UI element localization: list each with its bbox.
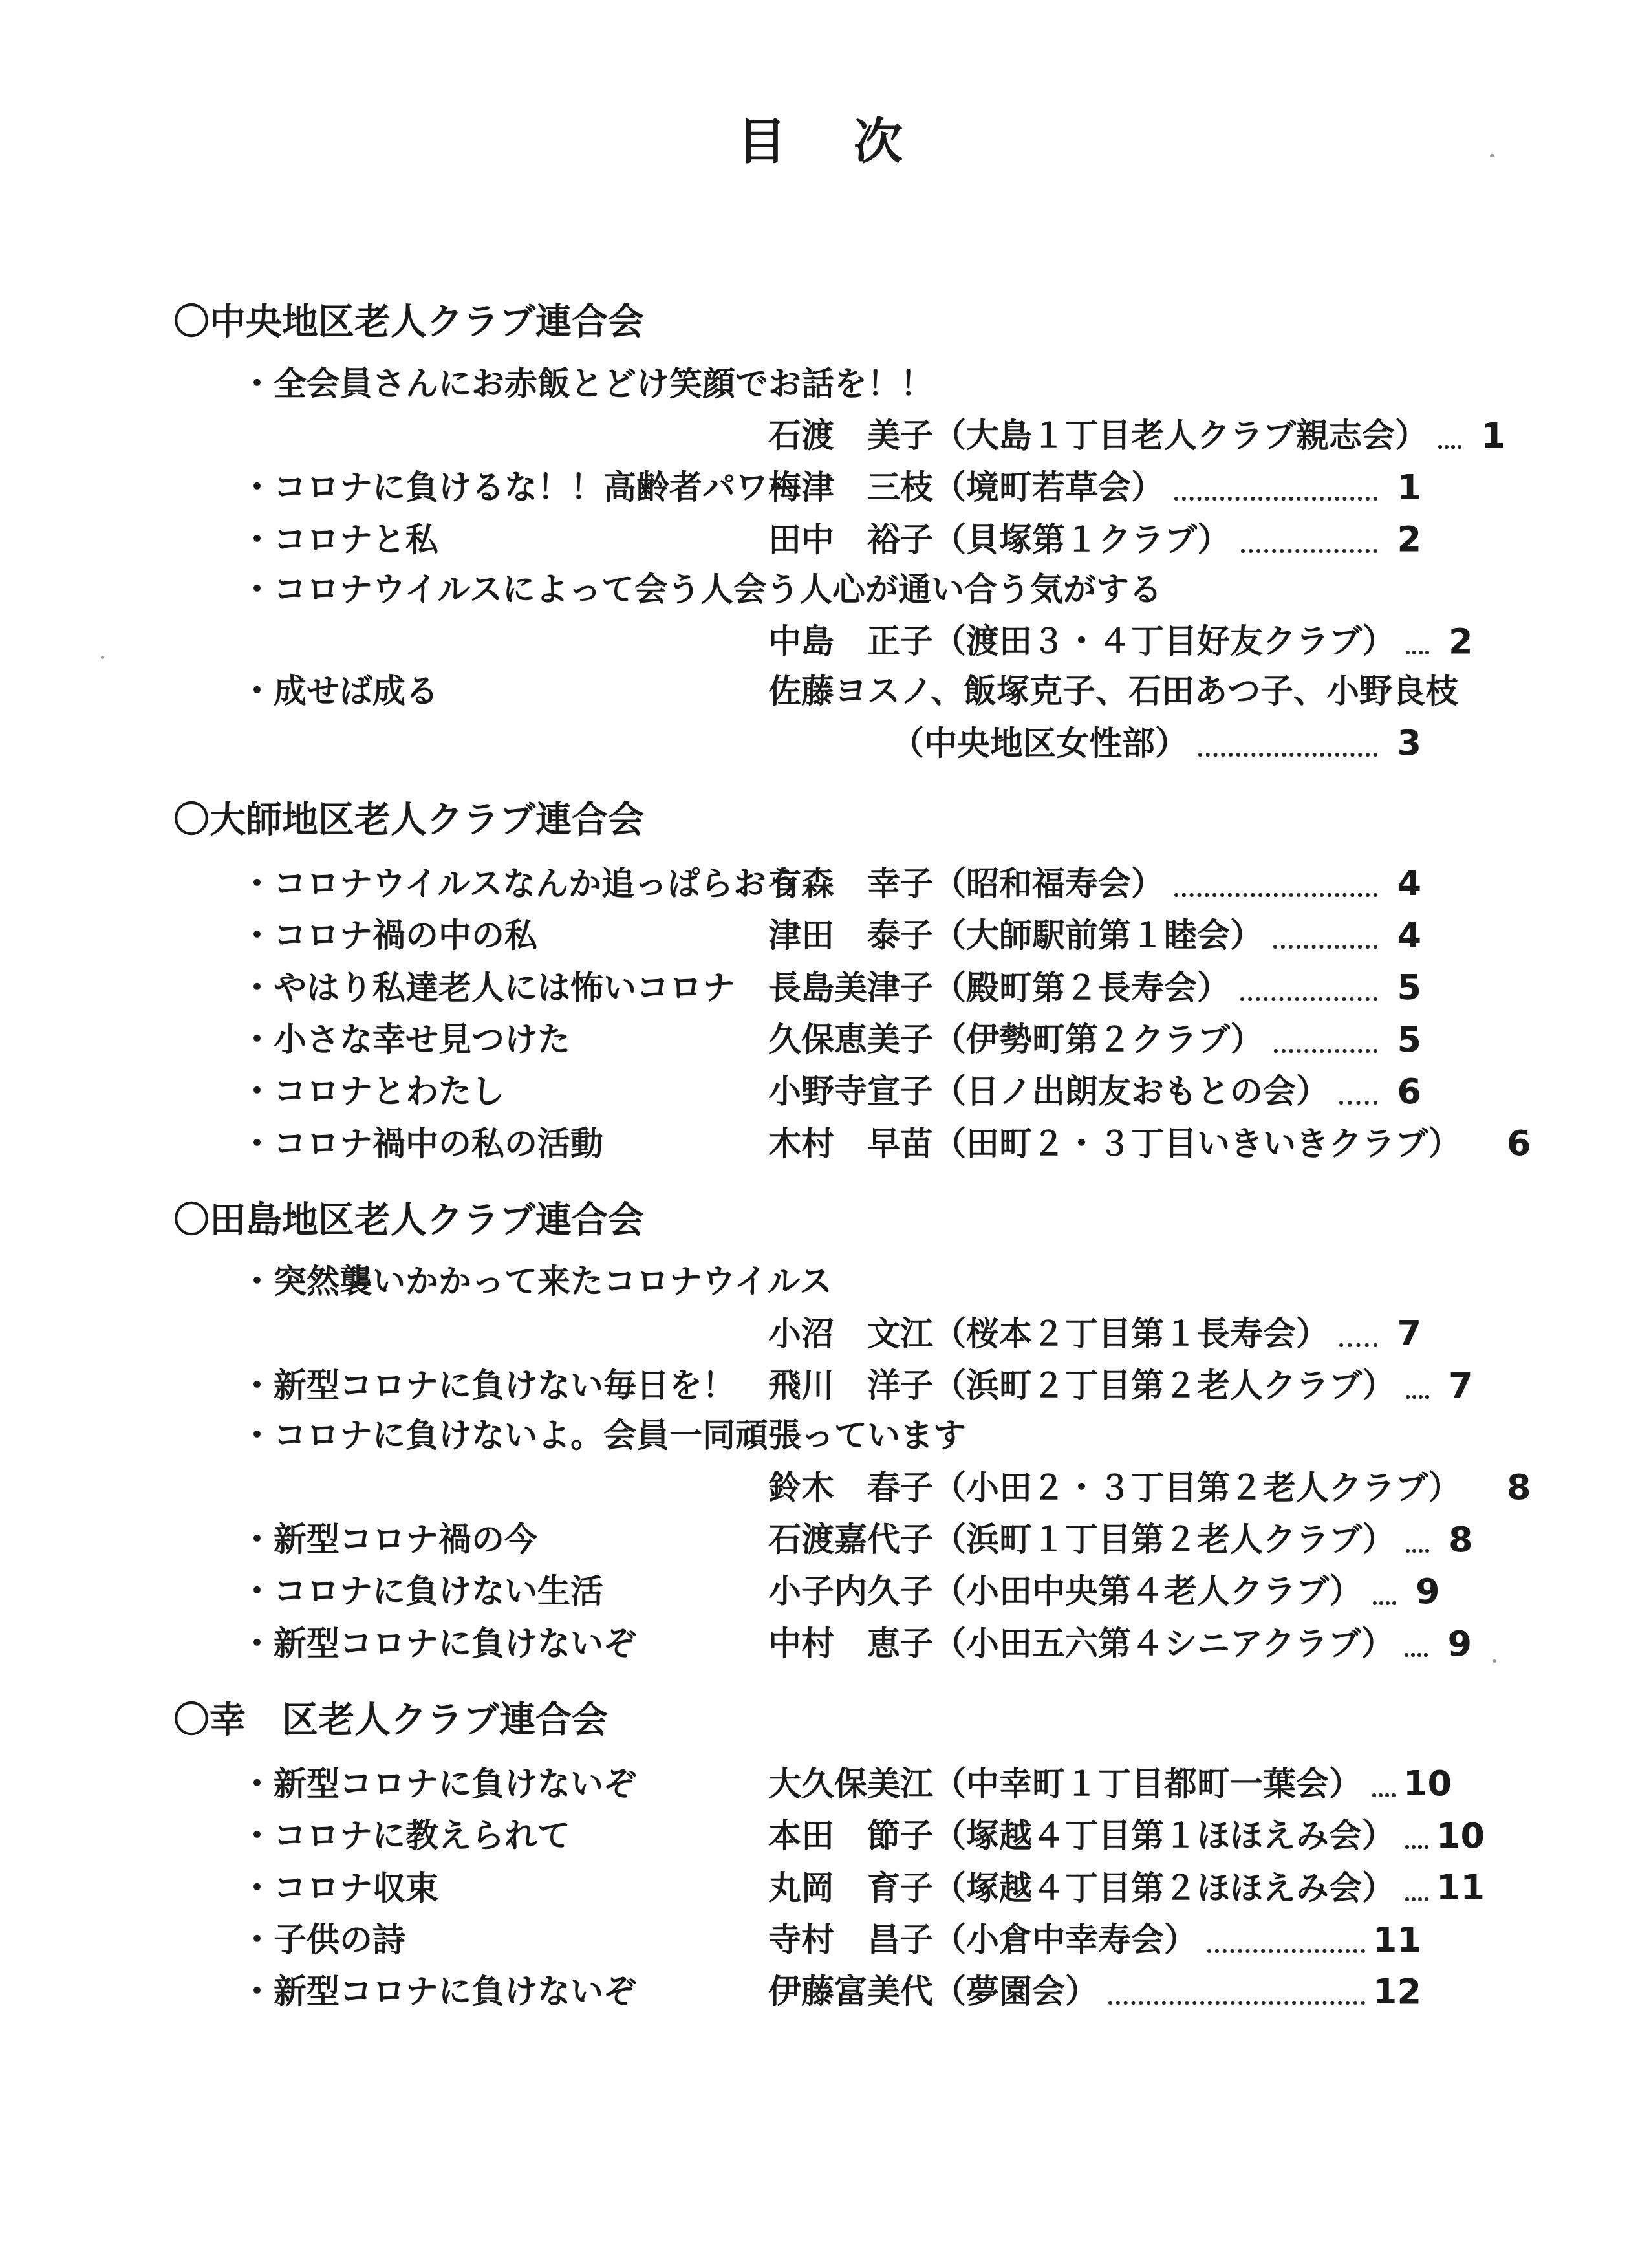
entry-title: ・コロナ収束 [241,1871,768,1907]
page-title: 目 次 [0,0,1649,173]
section-header: 〇大師地区老人クラブ連合会 [173,800,1421,840]
dot-leader [1273,944,1377,949]
toc-section: 〇大師地区老人クラブ連合会・コロナウイルスなんか追っぱらおう有森 幸子（昭和福寿… [173,800,1421,1163]
entry-author: 寺村 昌子（小倉中幸寿会） [768,1923,1197,1959]
entry-title: ・コロナに負けないよ。会員一同頑張っています [241,1418,1421,1454]
scan-speck [101,656,104,659]
toc-row: ・コロナ禍中の私の活動木村 早苗（田町２・３丁目いきいきクラブ）6 [173,1124,1421,1162]
dot-leader [1406,650,1429,654]
toc-section: 〇田島地区老人クラブ連合会・突然襲いかかって来たコロナウイルス小沼 文江（桜本２… [173,1200,1421,1663]
entry-title: ・コロナに教えられて [241,1819,768,1855]
entry-title: ・コロナに負けるな！！高齢者パワー [241,470,768,506]
entry-title: ・小さな幸せ見つけた [241,1022,768,1059]
entry-title: ・成せば成る [241,674,768,710]
toc-row: ・コロナに負けない生活小子内久子（小田中央第４老人クラブ）9 [173,1572,1421,1610]
toc-row: 中島 正子（渡田３・４丁目好友クラブ）2 [173,622,1421,660]
dot-leader [1274,1048,1377,1053]
entry-author: 田中 裕子（貝塚第１クラブ） [768,523,1231,559]
entry-title: ・コロナウイルスなんか追っぱらおう [241,867,768,903]
entry-author: 津田 泰子（大師駅前第１睦会） [768,918,1263,955]
entry-title: ・コロナ禍中の私の活動 [241,1127,768,1163]
entry-title: ・コロナ禍の中の私 [241,918,768,955]
toc-row: ・コロナウイルスなんか追っぱらおう有森 幸子（昭和福寿会）4 [173,864,1421,902]
toc-row: ・成せば成る佐藤ヨスノ、飯塚克子、石田あつ子、小野良枝 [173,674,1421,710]
page-number: 2 [1385,520,1421,558]
toc-row: ・コロナに負けないよ。会員一同頑張っています [173,1418,1421,1454]
toc-row: ・全会員さんにお赤飯とどけ笑顔でお話を！！ [173,367,1421,403]
page-number: 8 [1495,1468,1531,1506]
toc-row: ・コロナウイルスによって会う人会う人心が通い合う気がする [173,572,1421,609]
dot-leader [1240,997,1377,1001]
page-number: 1 [1469,416,1505,455]
toc-row: ・新型コロナに負けないぞ伊藤富美代（夢園会）12 [173,1972,1421,2011]
entry-author: 有森 幸子（昭和福寿会） [768,867,1164,903]
section-header: 〇田島地区老人クラブ連合会 [173,1200,1421,1240]
entry-title: ・全会員さんにお赤飯とどけ笑顔でお話を！！ [241,367,1421,403]
entry-title: ・新型コロナに負けないぞ [241,1767,768,1803]
page-number: 9 [1404,1572,1440,1610]
entry-title: ・突然襲いかかって来たコロナウイルス [241,1264,1421,1301]
dot-leader [1406,1394,1429,1399]
entry-title: ・コロナとわたし [241,1074,768,1110]
page-number: 2 [1437,622,1473,660]
scan-speck [1490,154,1494,157]
entry-author: 石渡嘉代子（浜町１丁目第２老人クラブ） [768,1522,1396,1559]
entry-author: 木村 早苗（田町２・３丁目いきいきクラブ） [768,1127,1461,1163]
toc-section: 〇中央地区老人クラブ連合会・全会員さんにお赤飯とどけ笑顔でお話を！！石渡 美子（… [173,302,1421,762]
dot-leader [1174,892,1377,897]
entry-author: 本田 節子（塚越４丁目第１ほほえみ会） [768,1819,1395,1855]
entry-author: 鈴木 春子（小田２・３丁目第２老人クラブ） [768,1471,1461,1507]
page-number: 6 [1385,1072,1421,1110]
toc-row: ・新型コロナに負けないぞ中村 恵子（小田五六第４シニアクラブ）9 [173,1625,1421,1663]
entry-author: 伊藤富美代（夢園会） [768,1974,1098,2011]
entry-author: 長島美津子（殿町第２長寿会） [768,971,1230,1007]
page-number: 8 [1437,1520,1473,1559]
entry-author: 丸岡 育子（塚越４丁目第２ほほえみ会） [768,1871,1395,1907]
toc-row: ・コロナに負けるな！！高齢者パワー梅津 三枝（境町若草会）1 [173,468,1421,506]
dot-leader [1207,1949,1365,1953]
table-of-contents: 〇中央地区老人クラブ連合会・全会員さんにお赤飯とどけ笑顔でお話を！！石渡 美子（… [0,173,1649,2011]
entry-title: ・新型コロナに負けないぞ [241,1626,768,1663]
toc-section: 〇幸 区老人クラブ連合会・新型コロナに負けないぞ大久保美江（中幸町１丁目都町一葉… [173,1700,1421,2011]
scan-speck [1493,1659,1496,1663]
toc-row: ・コロナとわたし小野寺宣子（日ノ出朗友おもとの会）6 [173,1072,1421,1110]
dot-leader [1198,752,1377,757]
toc-row: （中央地区女性部）3 [173,724,1421,762]
toc-row: ・コロナに教えられて本田 節子（塚越４丁目第１ほほえみ会）10 [173,1817,1421,1855]
entry-title: ・やはり私達老人には怖いコロナ [241,971,768,1007]
entry-author: 飛川 洋子（浜町２丁目第２老人クラブ） [768,1368,1396,1405]
entry-title: ・子供の詩 [241,1923,768,1959]
page-number: 7 [1385,1314,1421,1352]
toc-row: ・小さな幸せ見つけた久保恵美子（伊勢町第２クラブ）5 [173,1021,1421,1059]
dot-leader [1174,496,1377,501]
document-page: 目 次 〇中央地区老人クラブ連合会・全会員さんにお赤飯とどけ笑顔でお話を！！石渡… [0,0,1649,2268]
page-number: 5 [1385,1021,1421,1059]
toc-row: 小沼 文江（桜本２丁目第１長寿会）7 [173,1314,1421,1352]
toc-row: ・子供の詩寺村 昌子（小倉中幸寿会）11 [173,1921,1421,1959]
dot-leader [1339,1343,1377,1347]
page-number: 11 [1436,1868,1485,1906]
toc-row: ・コロナ禍の中の私津田 泰子（大師駅前第１睦会）4 [173,916,1421,955]
dot-leader [1438,444,1461,449]
entry-author: （中央地区女性部） [891,726,1188,762]
dot-leader [1464,1156,1487,1157]
entry-title: ・新型コロナに負けない毎日を！ [241,1368,768,1405]
toc-row: ・突然襲いかかって来たコロナウイルス [173,1264,1421,1301]
dot-leader [1405,1652,1428,1657]
dot-leader [1373,1601,1396,1605]
dot-leader [1372,1793,1396,1797]
page-number: 10 [1403,1764,1452,1802]
entry-title: ・コロナと私 [241,523,768,559]
section-header: 〇幸 区老人クラブ連合会 [173,1700,1421,1740]
dot-leader [1339,1100,1377,1105]
page-number: 4 [1385,864,1421,902]
page-number: 12 [1373,1972,1421,2011]
page-number: 3 [1385,724,1421,762]
entry-title: ・新型コロナに負けないぞ [241,1974,768,2011]
toc-row: ・やはり私達老人には怖いコロナ長島美津子（殿町第２長寿会）5 [173,968,1421,1006]
entry-author: 石渡 美子（大島１丁目老人クラブ親志会） [768,418,1428,455]
toc-row: ・新型コロナに負けない毎日を！飛川 洋子（浜町２丁目第２老人クラブ）7 [173,1366,1421,1405]
entry-author: 中村 恵子（小田五六第４シニアクラブ） [768,1626,1394,1663]
entry-author: 小沼 文江（桜本２丁目第１長寿会） [768,1317,1329,1353]
entry-title: ・新型コロナ禍の今 [241,1522,768,1559]
page-number: 1 [1385,468,1421,506]
page-number: 10 [1436,1817,1485,1855]
section-header: 〇中央地区老人クラブ連合会 [173,302,1421,342]
entry-author: 大久保美江（中幸町１丁目都町一葉会） [768,1767,1362,1803]
dot-leader [1108,2000,1365,2005]
entry-title: ・コロナウイルスによって会う人会う人心が通い合う気がする [241,572,1421,609]
entry-author: 久保恵美子（伊勢町第２クラブ） [768,1022,1264,1059]
page-number: 5 [1385,968,1421,1006]
dot-leader [1405,1844,1428,1849]
dot-leader [1241,548,1377,553]
entry-author: 小子内久子（小田中央第４老人クラブ） [768,1574,1363,1610]
page-number: 9 [1436,1625,1472,1663]
dot-leader [1406,1548,1429,1553]
toc-row: ・コロナ収束丸岡 育子（塚越４丁目第２ほほえみ会）11 [173,1868,1421,1906]
dot-leader [1405,1897,1428,1901]
page-number: 6 [1495,1124,1531,1162]
entry-title: ・コロナに負けない生活 [241,1574,768,1610]
entry-author: 佐藤ヨスノ、飯塚克子、石田あつ子、小野良枝 [768,674,1458,710]
entry-author: 小野寺宣子（日ノ出朗友おもとの会） [768,1074,1329,1110]
page-number: 7 [1437,1366,1473,1405]
toc-row: ・コロナと私田中 裕子（貝塚第１クラブ）2 [173,520,1421,558]
entry-author: 中島 正子（渡田３・４丁目好友クラブ） [768,624,1396,660]
entry-author: 梅津 三枝（境町若草会） [768,470,1164,506]
page-number: 11 [1373,1921,1421,1959]
toc-row: 鈴木 春子（小田２・３丁目第２老人クラブ）8 [173,1468,1421,1506]
toc-row: 石渡 美子（大島１丁目老人クラブ親志会）1 [173,416,1421,455]
toc-row: ・新型コロナ禍の今石渡嘉代子（浜町１丁目第２老人クラブ）8 [173,1520,1421,1559]
toc-row: ・新型コロナに負けないぞ大久保美江（中幸町１丁目都町一葉会）10 [173,1764,1421,1802]
page-number: 4 [1385,916,1421,955]
dot-leader [1464,1500,1487,1501]
